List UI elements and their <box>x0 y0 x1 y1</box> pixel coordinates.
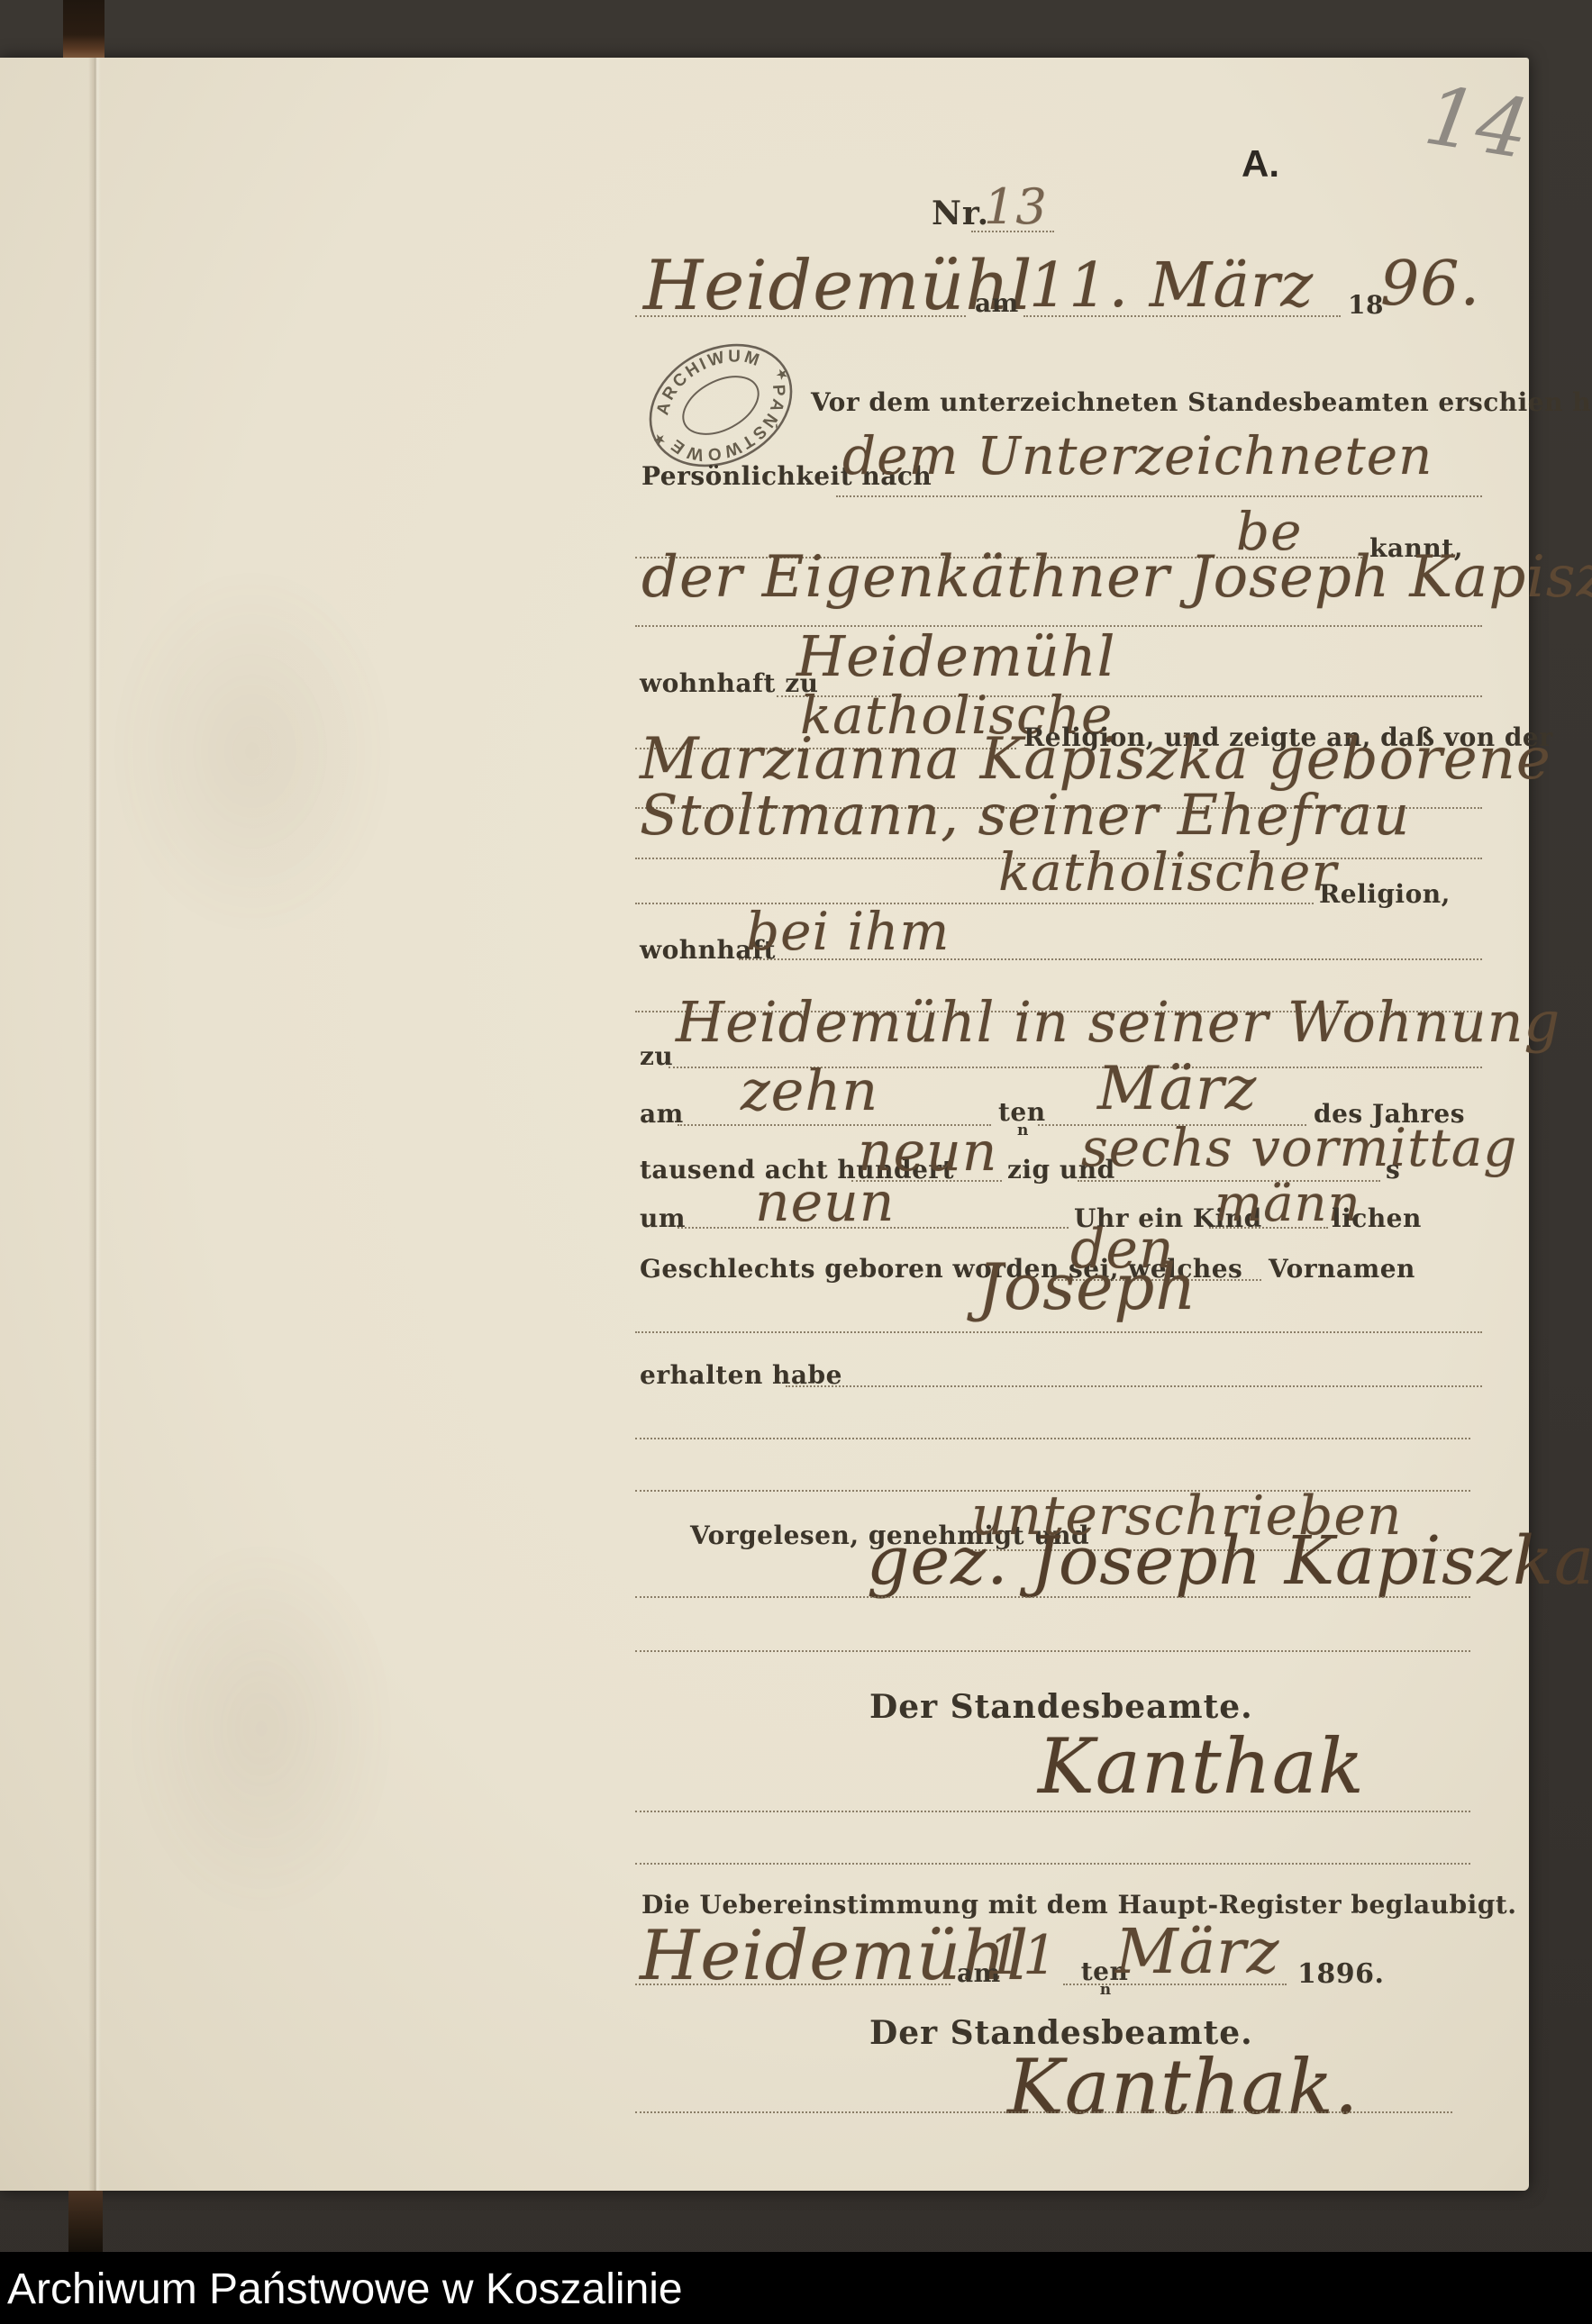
binding-tape-top <box>63 0 105 58</box>
scanned-document: 14 A. Nr. 13 ARCHIWUM PAŃSTWOWE ★ ★ Heid… <box>0 0 1592 2324</box>
dotted-line <box>739 958 1482 960</box>
ink-bleedthrough <box>126 1535 396 1922</box>
record-number-value: 13 <box>984 178 1048 235</box>
dotted-line <box>635 1596 1470 1598</box>
child-name: Joseph <box>978 1250 1196 1324</box>
religion2-hand: katholischer <box>998 841 1337 903</box>
timeline-hour-hand: neun <box>755 1171 895 1234</box>
dateline-am: am <box>975 288 1019 318</box>
dotted-line <box>635 903 1314 904</box>
ink-bleedthrough <box>108 562 396 940</box>
registrar-signature-2: Kanthak. <box>1007 2043 1359 2131</box>
archive-footer-bar: Archiwum Państwowe w Koszalinie <box>0 2252 1592 2324</box>
record-number-label: Nr. <box>932 195 989 232</box>
closing-signature: gez. Joseph Kapiszka <box>867 1522 1592 1600</box>
dotted-line <box>836 495 1482 497</box>
birthday-month-hand: März <box>1097 1054 1257 1123</box>
religion2-printed: Religion, <box>1319 879 1451 909</box>
dotted-line <box>635 1984 951 1985</box>
cert-month: März <box>1115 1917 1280 1988</box>
dotted-line <box>635 1863 1470 1865</box>
corner-letter-a: A. <box>1242 142 1279 186</box>
dotted-line <box>1023 315 1341 317</box>
registrar-signature: Kanthak <box>1038 1722 1365 1811</box>
yearline-hand2: sechs vormittag <box>1081 1117 1517 1178</box>
dotted-line <box>635 1650 1470 1652</box>
residence-printed: wohnhaft zu <box>640 668 818 698</box>
dotted-line <box>635 315 966 317</box>
dateline-year-printed: 18 <box>1348 290 1384 320</box>
declarant-line: der Eigenkäthner Joseph Kapiszka <box>641 544 1592 611</box>
birthday-ten-sub: n <box>1017 1121 1029 1139</box>
residence-hand: Heidemühl <box>796 623 1115 689</box>
residence2-hand: bei ihm <box>746 901 950 962</box>
archive-name: Archiwum Państwowe w Koszalinie <box>7 2265 683 2314</box>
genderline-printed2: Vornamen <box>1269 1254 1415 1284</box>
dotted-line <box>678 1227 1069 1229</box>
timeline-um: um <box>640 1203 686 1233</box>
dotted-line <box>635 1331 1482 1333</box>
cert-year: 1896. <box>1297 1958 1384 1990</box>
dotted-line <box>635 1438 1470 1439</box>
intro-line: Vor dem unterzeichneten Standesbeamten e… <box>811 387 1592 417</box>
dateline-day-month: 11. März <box>1029 250 1314 322</box>
birthplace-hand: Heidemühl in seiner Wohnung <box>676 989 1560 1055</box>
cert-day: 11 <box>987 1924 1058 1987</box>
dotted-line <box>635 2111 1452 2113</box>
dotted-line <box>635 1811 1470 1812</box>
registrar-title: Der Standesbeamte. <box>869 1688 1253 1726</box>
dateline-year-hand: 96. <box>1380 249 1480 320</box>
stamp-star-right-icon: ★ <box>774 365 791 383</box>
binding-tape-bottom <box>68 2191 103 2252</box>
mother-line2: Stoltmann, seiner Ehefrau <box>640 782 1410 848</box>
birthday-ten: ten n <box>998 1097 1046 1127</box>
dotted-line <box>1209 1227 1328 1229</box>
timeline-tail: lichen <box>1332 1203 1422 1233</box>
yearline-printed3: s <box>1386 1155 1400 1185</box>
dotted-line <box>786 1385 1482 1387</box>
identity-hand: dem Unterzeichneten <box>842 425 1433 486</box>
page-gutter-crease <box>88 58 101 2191</box>
birthday-day-hand: zehn <box>741 1058 878 1123</box>
pencil-page-number: 14 <box>1418 68 1535 178</box>
